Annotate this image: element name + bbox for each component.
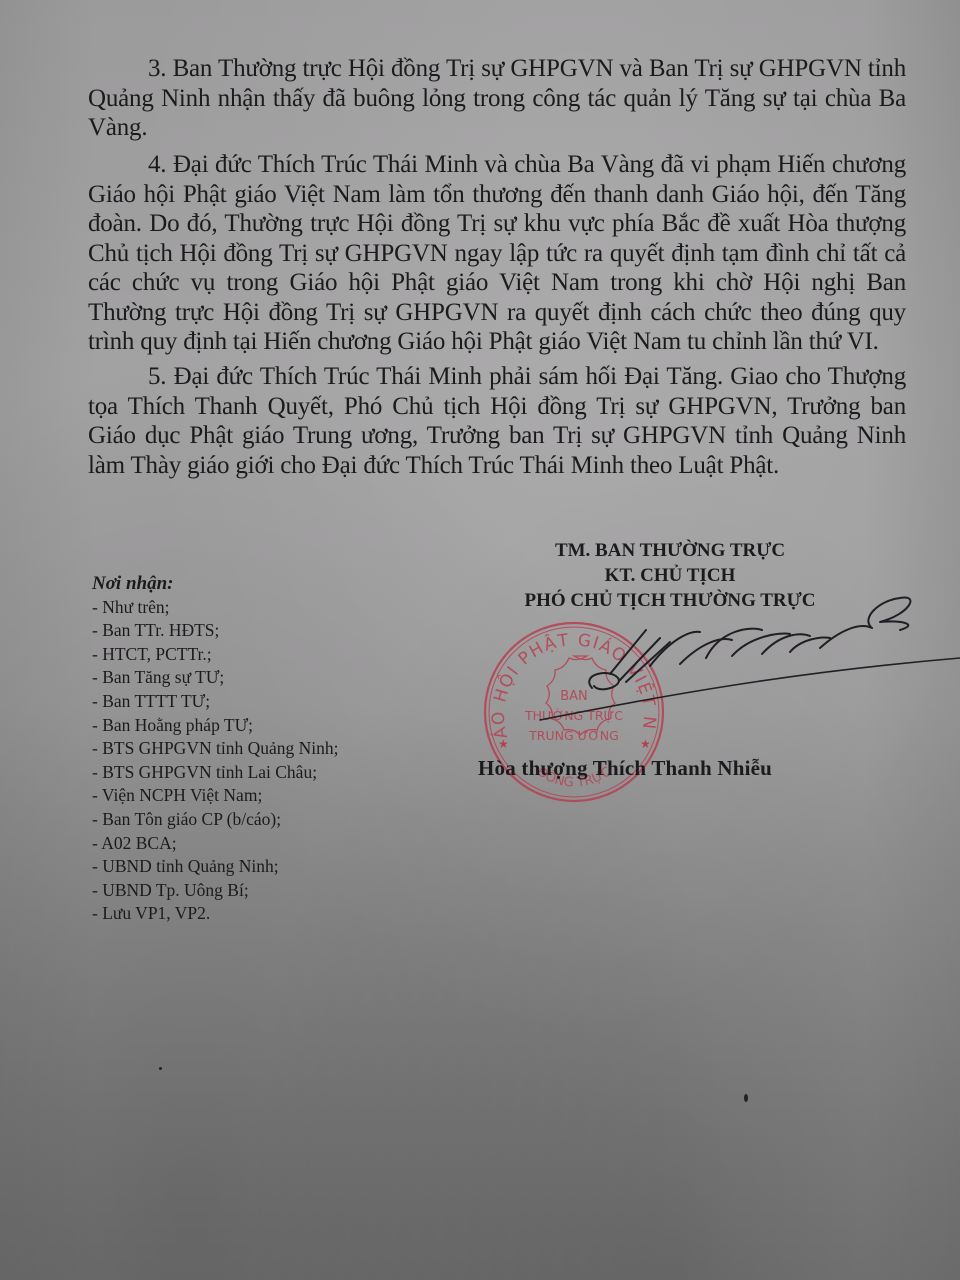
paragraph-3: 3. Ban Thường trực Hội đồng Trị sự GHPGV… <box>88 54 906 143</box>
recipient-item: - Như trên; <box>92 596 338 620</box>
paper-speck <box>159 1067 162 1070</box>
signature-title-line-1: TM. BAN THƯỜNG TRỰC <box>490 538 850 563</box>
recipient-item: - Ban TTr. HĐTS; <box>92 619 338 643</box>
handwritten-signature-icon <box>500 570 960 730</box>
recipients-list: Nơi nhận: - Như trên; - Ban TTr. HĐTS; -… <box>92 572 338 926</box>
svg-text:★: ★ <box>640 737 651 751</box>
recipient-item: - Lưu VP1, VP2. <box>92 902 338 926</box>
recipient-item: - Ban Hoằng pháp TƯ; <box>92 714 338 738</box>
recipient-item: - A02 BCA; <box>92 832 338 856</box>
recipient-item: - BTS GHPGVN tỉnh Lai Châu; <box>92 761 338 785</box>
recipient-item: - UBND tỉnh Quảng Ninh; <box>92 855 338 879</box>
recipient-item: - Ban TTTT TƯ; <box>92 690 338 714</box>
signer-name: Hòa thượng Thích Thanh Nhiễu <box>478 756 772 781</box>
svg-text:★: ★ <box>498 737 509 751</box>
paper-speck <box>744 1094 748 1102</box>
svg-text:TRUNG ƯƠNG: TRUNG ƯƠNG <box>528 728 619 743</box>
paragraph-5: 5. Đại đức Thích Trúc Thái Minh phải sám… <box>88 362 906 480</box>
recipient-item: - HTCT, PCTTr.; <box>92 643 338 667</box>
paragraph-4: 4. Đại đức Thích Trúc Thái Minh và chùa … <box>88 150 906 357</box>
recipient-item: - Ban Tôn giáo CP (b/cáo); <box>92 808 338 832</box>
recipient-item: - UBND Tp. Uông Bí; <box>92 879 338 903</box>
recipients-heading: Nơi nhận: <box>92 572 338 596</box>
recipient-item: - BTS GHPGVN tỉnh Quảng Ninh; <box>92 737 338 761</box>
recipient-item: - Viện NCPH Việt Nam; <box>92 784 338 808</box>
recipient-item: - Ban Tăng sự TƯ; <box>92 666 338 690</box>
